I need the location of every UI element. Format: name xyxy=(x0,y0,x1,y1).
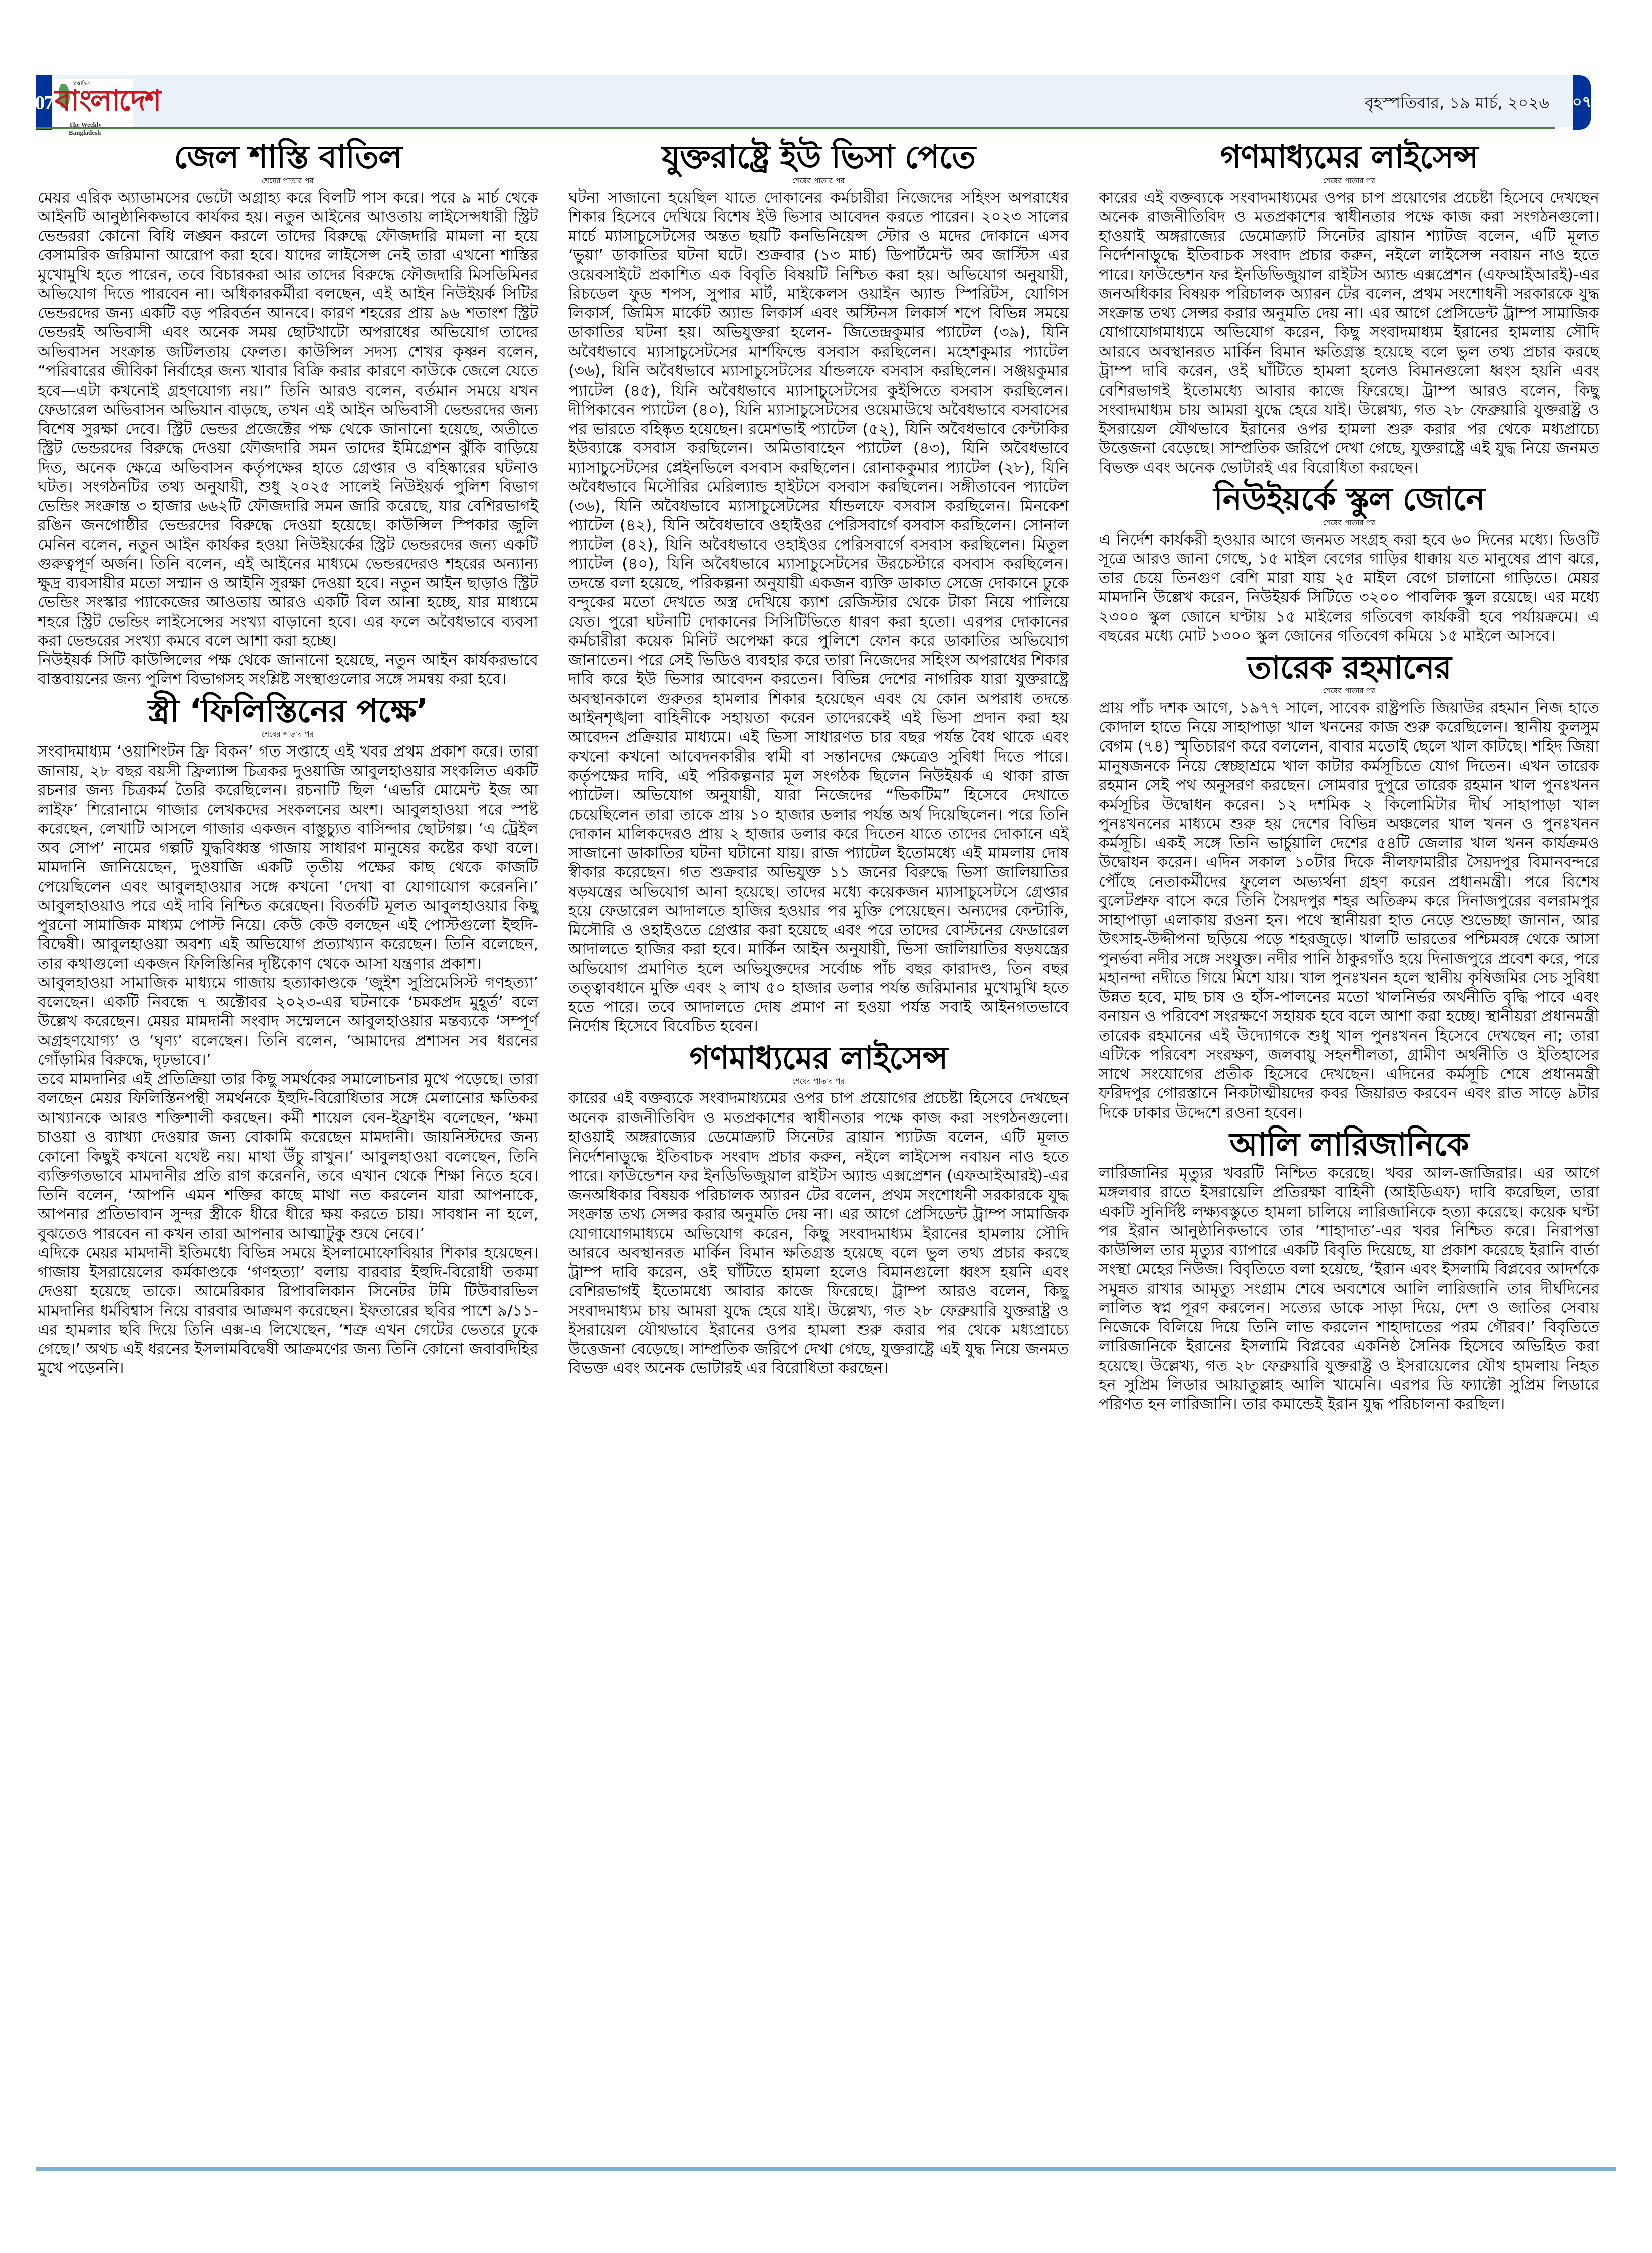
logo-name: বাংলাদেশ xyxy=(55,86,160,115)
masthead-rule xyxy=(36,127,1555,129)
paragraph: এ নির্দেশ কার্যকরী হওয়ার আগে জনমত সংগ্র… xyxy=(1099,530,1599,646)
page-number-left: 07 xyxy=(36,75,52,130)
continued-from: শেষের পাতার পর xyxy=(38,730,538,739)
paragraph: নিউইয়র্ক সিটি কাউন্সিলের পক্ষ থেকে জানা… xyxy=(38,651,538,689)
paragraph: এদিকে মেয়র মামদানী ইতিমধ্যে বিভিন্ন সময… xyxy=(38,1243,538,1378)
issue-date: বৃহস্পতিবার, ১৯ মার্চ, ২০২৬ xyxy=(1365,90,1549,117)
article-ali-larijani: আলি লারিজানিকে লারিজানির মৃত্যুর খবরটি ন… xyxy=(1099,1126,1599,1414)
article-wife-palestine: স্ত্রী ‘ফিলিস্তিনের পক্ষে’ শেষের পাতার প… xyxy=(38,693,538,1378)
paragraph: সংবাদমাধ্যম ‘ওয়াশিংটন ফ্রি বিকন’ গত সপ্… xyxy=(38,742,538,973)
paragraph: আবুলহাওয়া সামাজিক মাধ্যমে গাজায় হত্যাক… xyxy=(38,973,538,1070)
paragraph: প্রায় পাঁচ দশক আগে, ১৯৭৭ সালে, সাবেক রা… xyxy=(1099,698,1599,1122)
paragraph: তবে মামদানির এই প্রতিক্রিয়া তার কিছু সম… xyxy=(38,1070,538,1244)
paragraph: মেয়র এরিক অ্যাডামসের ভেটো অগ্রাহ্য করে … xyxy=(38,188,538,651)
headline[interactable]: তারেক রহমানের xyxy=(1099,650,1599,687)
continued-from: শেষের পাতার পর xyxy=(568,176,1069,185)
column-3: গণমাধ্যমের লাইসেন্স শেষের পাতার পর কারের… xyxy=(1099,135,1599,1414)
paragraph: কারের এই বক্তব্যকে সংবাদমাধ্যমের ওপর চাপ… xyxy=(568,1089,1069,1378)
article-media-license: গণমাধ্যমের লাইসেন্স শেষের পাতার পর কারের… xyxy=(1099,139,1599,477)
continued-from: শেষের পাতার পর xyxy=(1099,518,1599,527)
headline[interactable]: নিউইয়র্কে স্কুল জোনে xyxy=(1099,481,1599,518)
headline[interactable]: আলি লারিজানিকে xyxy=(1099,1126,1599,1164)
column-1: জেল শাস্তি বাতিল শেষের পাতার পর মেয়র এর… xyxy=(38,135,538,1378)
headline[interactable]: গণমাধ্যমের লাইসেন্স xyxy=(568,1040,1069,1077)
article-jail-penalty: জেল শাস্তি বাতিল শেষের পাতার পর মেয়র এর… xyxy=(38,139,538,689)
headline[interactable]: জেল শাস্তি বাতিল xyxy=(38,139,538,176)
article-media-license: গণমাধ্যমের লাইসেন্স শেষের পাতার পর কারের… xyxy=(568,1040,1069,1378)
headline[interactable]: স্ত্রী ‘ফিলিস্তিনের পক্ষে’ xyxy=(38,693,538,730)
masthead: 07 সাপ্তাহিক বাংলাদেশ The Weekly Banglad… xyxy=(36,75,1590,127)
paragraph: কারের এই বক্তব্যকে সংবাদমাধ্যমের ওপর চাপ… xyxy=(1099,188,1599,478)
continued-from: শেষের পাতার পর xyxy=(1099,176,1599,185)
article-school-zone: নিউইয়র্কে স্কুল জোনে শেষের পাতার পর এ ন… xyxy=(1099,481,1599,646)
paragraph: লারিজানির মৃত্যুর খবরটি নিশ্চিত করেছে। খ… xyxy=(1099,1164,1599,1414)
article-tarique-rahman: তারেক রহমানের শেষের পাতার পর প্রায় পাঁচ… xyxy=(1099,650,1599,1123)
column-2: যুক্তরাষ্ট্রে ইউ ভিসা পেতে শেষের পাতার প… xyxy=(568,135,1069,1378)
continued-from: শেষের পাতার পর xyxy=(1099,686,1599,695)
continued-from: শেষের পাতার পর xyxy=(38,176,538,185)
paragraph: ঘটনা সাজানো হয়েছিল যাতে দোকানের কর্মচার… xyxy=(568,188,1069,1036)
footer-rule xyxy=(36,2167,1616,2171)
headline[interactable]: যুক্তরাষ্ট্রে ইউ ভিসা পেতে xyxy=(568,139,1069,176)
newspaper-logo[interactable]: সাপ্তাহিক বাংলাদেশ The Weekly Bangladesh xyxy=(53,79,133,129)
headline[interactable]: গণমাধ্যমের লাইসেন্স xyxy=(1099,139,1599,176)
continued-from: শেষের পাতার পর xyxy=(568,1077,1069,1086)
article-u-visa: যুক্তরাষ্ট্রে ইউ ভিসা পেতে শেষের পাতার প… xyxy=(568,139,1069,1036)
page-number-right: ০৭ xyxy=(1573,75,1591,130)
